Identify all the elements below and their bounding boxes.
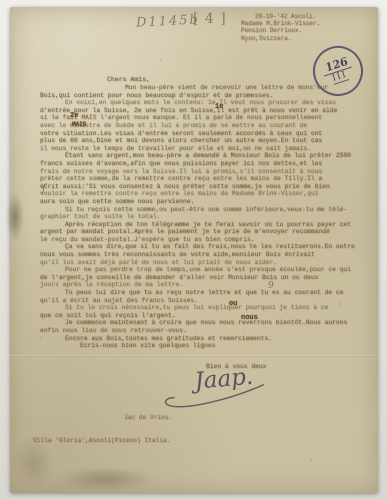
address-line: Nyon,Svizzera. — [241, 35, 320, 42]
letter-body: Mon beau-père vient de recevoir une lett… — [40, 84, 362, 350]
body-line: Si tu le crois nécessaire,tu peux lui ex… — [40, 304, 362, 312]
body-line: aura soin que cette somme nous parvienne… — [40, 198, 362, 206]
body-line: jours après la réception de ma lettre. — [40, 281, 362, 289]
body-line: avec le ministre de Suède et il lui a pr… — [40, 122, 362, 130]
handwritten-signature: Jaap. — [143, 353, 287, 417]
handwritten-annotation: 9 — [268, 281, 274, 291]
body-line: Ecris-nous bien vite quelques lignes — [40, 342, 362, 350]
body-line: il nous reste le temps de travailler pou… — [40, 145, 362, 153]
body-line: Je commence maintenant à croire que nous… — [40, 319, 362, 327]
typed-signer-address: Villa 'Gloria',Ascoli(Piceno) Italia. — [33, 437, 170, 444]
handwritten-annotation: 2e — [70, 112, 78, 120]
body-line: Ça va sans dire,que si tu as fait des fr… — [40, 243, 362, 251]
signature-text: Jaap. — [190, 364, 255, 395]
handwritten-annotation: nous — [241, 314, 258, 322]
handwritten-annotation: 1e — [215, 103, 223, 111]
paper-stain — [58, 467, 153, 491]
handwritten-annotation: ou — [229, 300, 237, 308]
paper-stain — [6, 193, 24, 241]
body-line: nous vous sommes très reconnaissants de … — [40, 251, 362, 259]
body-line: Mon beau-père vient de recevoir une lett… — [40, 84, 362, 92]
body-line: prêter cette somme,de la remettre contre… — [40, 175, 362, 183]
body-line: enfin nous lieu de nous retrouver-vous. — [40, 327, 362, 335]
body-line: argent par mandat postal.Après le paieme… — [40, 228, 362, 236]
paper-crease — [10, 355, 378, 357]
handwritten-annotation: ſ — [42, 183, 46, 194]
body-line: le reçu du mandat-postal.J'espère que tu… — [40, 236, 362, 244]
address-block: 28-10-'42 Ascoli.Madame M.Brink-Visser.P… — [241, 13, 320, 42]
body-line: Étant sans argent,mon beau-père a demand… — [40, 152, 362, 160]
address-line: Pension Derrioux. — [241, 27, 320, 34]
body-line: Pour ne pas perdre trop de temps,une ann… — [40, 266, 362, 274]
body-line: francs suisses d'avance,afin que nous pu… — [40, 160, 362, 168]
body-line: Tu peux lui dire que tu as reçu notre le… — [40, 289, 362, 297]
body-line: En voici,en quelques mots le contenu: 1e… — [40, 99, 362, 107]
typed-signer-name: Jac de Vries. — [124, 414, 172, 421]
body-line: vouloir la remettre contre reçu entre le… — [40, 190, 362, 198]
body-line: frais de notre voyage vers la Suisse.Il … — [40, 168, 362, 176]
pencil-archive-number: [ 4 ] — [193, 11, 227, 27]
pencil-archive-code: D1145b — [136, 12, 201, 30]
handwritten-annotation: MAIS — [72, 121, 86, 128]
letter-paper: D1145b [ 4 ] 28-10-'42 Ascoli.Madame M.B… — [10, 7, 378, 493]
body-line: plus de 60 ans,Dine et moi devons alors … — [40, 137, 362, 145]
paper-speckles — [10, 7, 12, 9]
body-line: graphier tout de suite le total. — [40, 213, 362, 221]
salutation: Chers Amis, — [107, 76, 150, 83]
body-line: Si tu reçois cette somme,ou peut-être un… — [40, 206, 362, 214]
body-line: si le fait MAIS l'argent nous manque. Et… — [40, 114, 362, 122]
scan-background: D1145b [ 4 ] 28-10-'42 Ascoli.Madame M.B… — [0, 0, 387, 500]
